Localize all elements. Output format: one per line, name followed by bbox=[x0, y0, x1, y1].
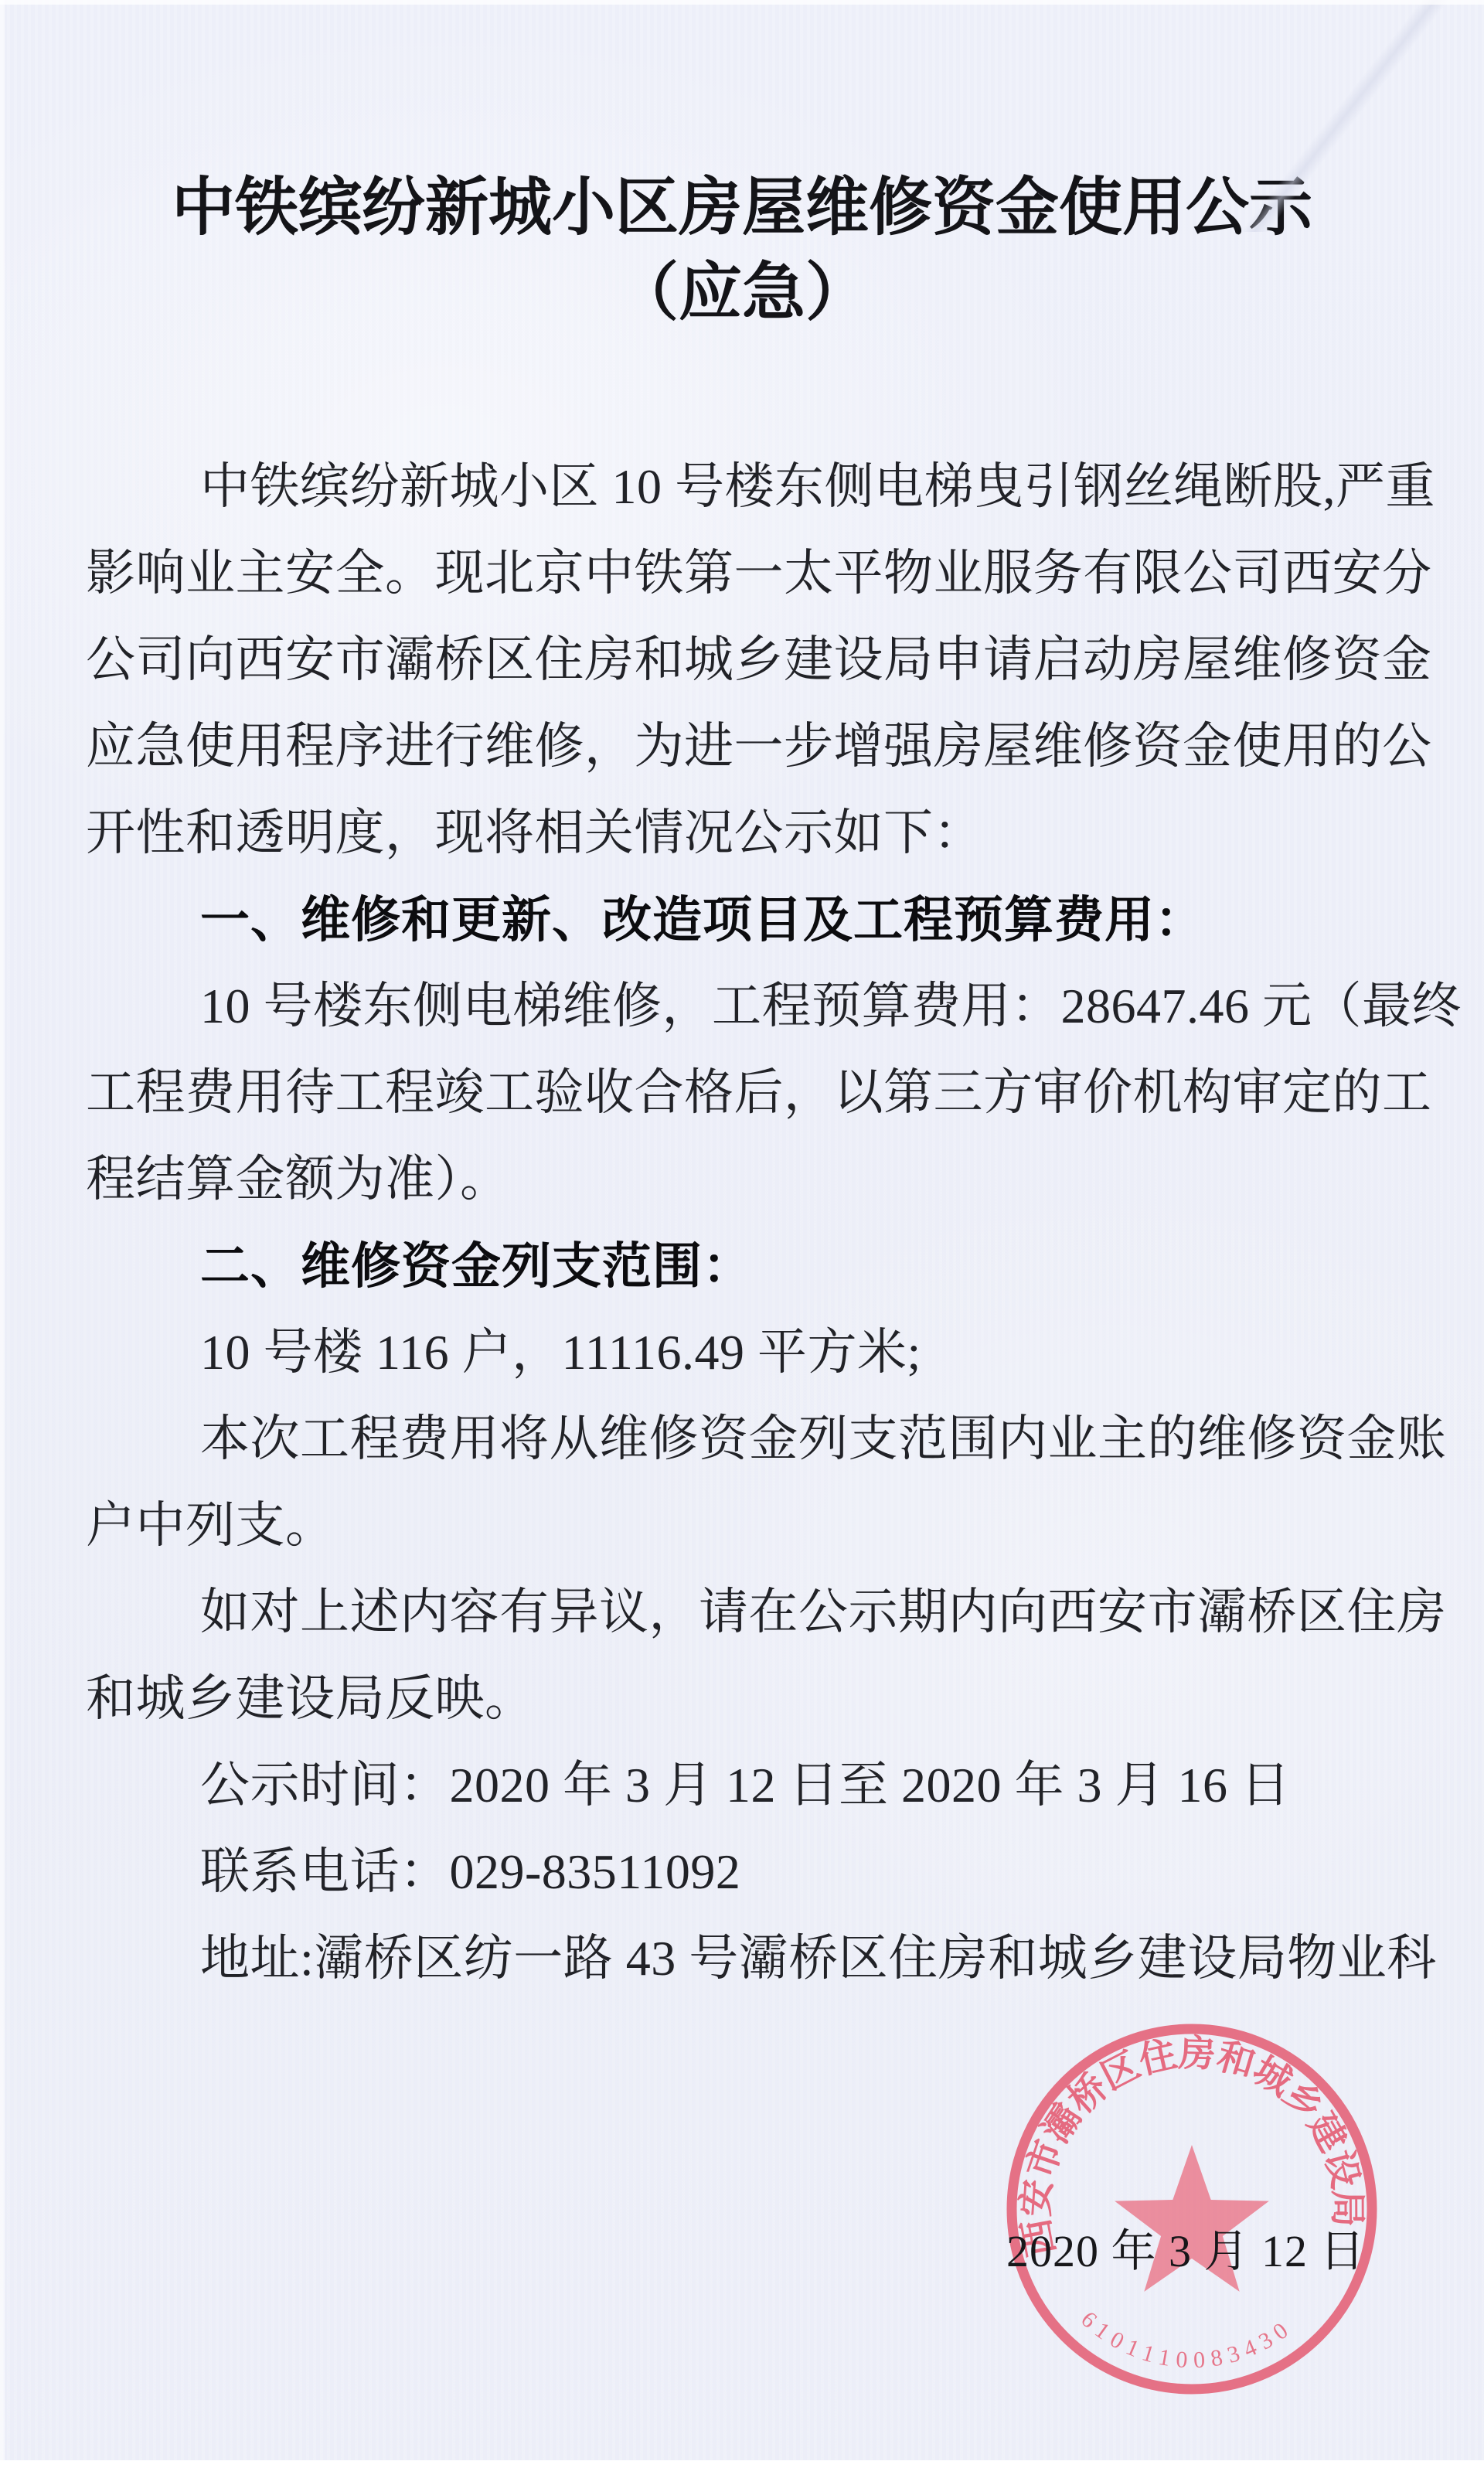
doc-line: 程结算金额为准）。 bbox=[86, 1136, 1448, 1223]
paper-edge-left bbox=[0, 0, 5, 2485]
doc-line: 和城乡建设局反映。 bbox=[86, 1656, 1448, 1742]
doc-line: 工程费用待工程竣工验收合格后，以第三方审价机构审定的工 bbox=[86, 1050, 1448, 1136]
notice-title-line-2: （应急） bbox=[0, 250, 1484, 335]
section-heading-2: 二、维修资金列支范围： bbox=[86, 1223, 1448, 1309]
stamp-date: 2020 年 3 月 12 日 bbox=[1006, 2226, 1366, 2277]
notice-body: 中铁缤纷新城小区 10 号楼东侧电梯曳引钢丝绳断股,严重 影响业主安全。现北京中… bbox=[86, 444, 1448, 2002]
doc-line: 10 号楼 116 户，11116.49 平方米; bbox=[86, 1309, 1448, 1396]
doc-line: 如对上述内容有异议，请在公示期内向西安市灞桥区住房 bbox=[86, 1569, 1448, 1656]
address-line: 地址:灞桥区纺一路 43 号灞桥区住房和城乡建设局物业科 bbox=[86, 1915, 1448, 2002]
publicity-period-line: 公示时间：2020 年 3 月 12 日至 2020 年 3 月 16 日 bbox=[86, 1742, 1448, 1829]
doc-line: 本次工程费用将从维修资金列支范围内业主的维修资金账 bbox=[86, 1396, 1448, 1482]
paper-edge-bottom bbox=[0, 2460, 1484, 2485]
doc-line: 中铁缤纷新城小区 10 号楼东侧电梯曳引钢丝绳断股,严重 bbox=[86, 444, 1448, 530]
paper-edge-top bbox=[0, 0, 1484, 5]
notice-title-line-1: 中铁缤纷新城小区房屋维修资金使用公示 bbox=[0, 165, 1484, 250]
doc-line: 开性和透明度，现将相关情况公示如下： bbox=[86, 790, 1448, 877]
seal-serial-number: 6101110083430 bbox=[1076, 2306, 1295, 2373]
official-seal: 西安市灞桥区住房和城乡建设局 6101110083430 bbox=[999, 2016, 1385, 2402]
doc-line: 应急使用程序进行维修，为进一步增强房屋维修资金使用的公 bbox=[86, 703, 1448, 790]
notice-title: 中铁缤纷新城小区房屋维修资金使用公示 （应急） bbox=[0, 165, 1484, 335]
scanned-notice-page: 中铁缤纷新城小区房屋维修资金使用公示 （应急） 中铁缤纷新城小区 10 号楼东侧… bbox=[0, 0, 1484, 2485]
doc-line: 10 号楼东侧电梯维修，工程预算费用：28647.46 元（最终 bbox=[86, 963, 1448, 1050]
contact-phone-line: 联系电话：029-83511092 bbox=[86, 1829, 1448, 1915]
doc-line: 公司向西安市灞桥区住房和城乡建设局申请启动房屋维修资金 bbox=[86, 617, 1448, 703]
doc-line: 户中列支。 bbox=[86, 1482, 1448, 1569]
doc-line: 影响业主安全。现北京中铁第一太平物业服务有限公司西安分 bbox=[86, 530, 1448, 617]
section-heading-1: 一、维修和更新、改造项目及工程预算费用： bbox=[86, 877, 1448, 963]
